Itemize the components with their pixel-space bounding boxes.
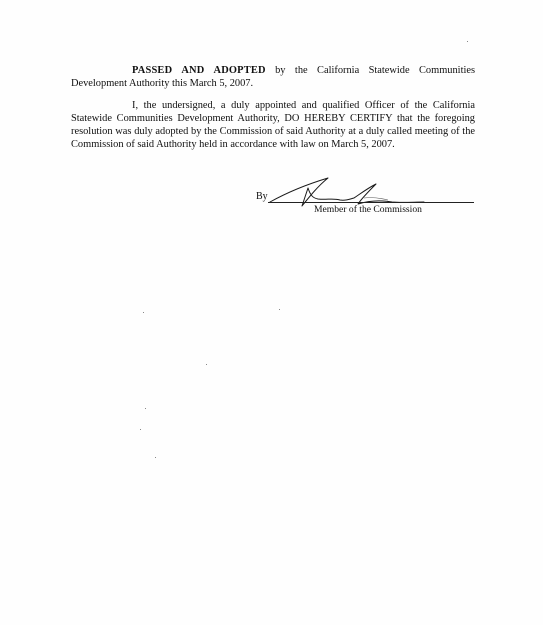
signatory-title: Member of the Commission [314,204,422,215]
scan-speck [145,408,146,409]
scan-speck [140,429,141,430]
by-label: By [256,191,268,202]
adoption-paragraph: PASSED AND ADOPTED by the California Sta… [71,64,475,90]
document-page: PASSED AND ADOPTED by the California Sta… [0,0,543,625]
scan-speck [155,457,156,458]
adoption-bold-lead: PASSED AND ADOPTED [132,65,266,76]
scan-speck [279,309,280,310]
scan-speck [206,364,207,365]
certification-text: I, the undersigned, a duly appointed and… [71,100,475,150]
certification-paragraph: I, the undersigned, a duly appointed and… [71,99,475,151]
signature-line [268,202,474,203]
scan-speck [467,41,468,42]
scan-speck [143,312,144,313]
